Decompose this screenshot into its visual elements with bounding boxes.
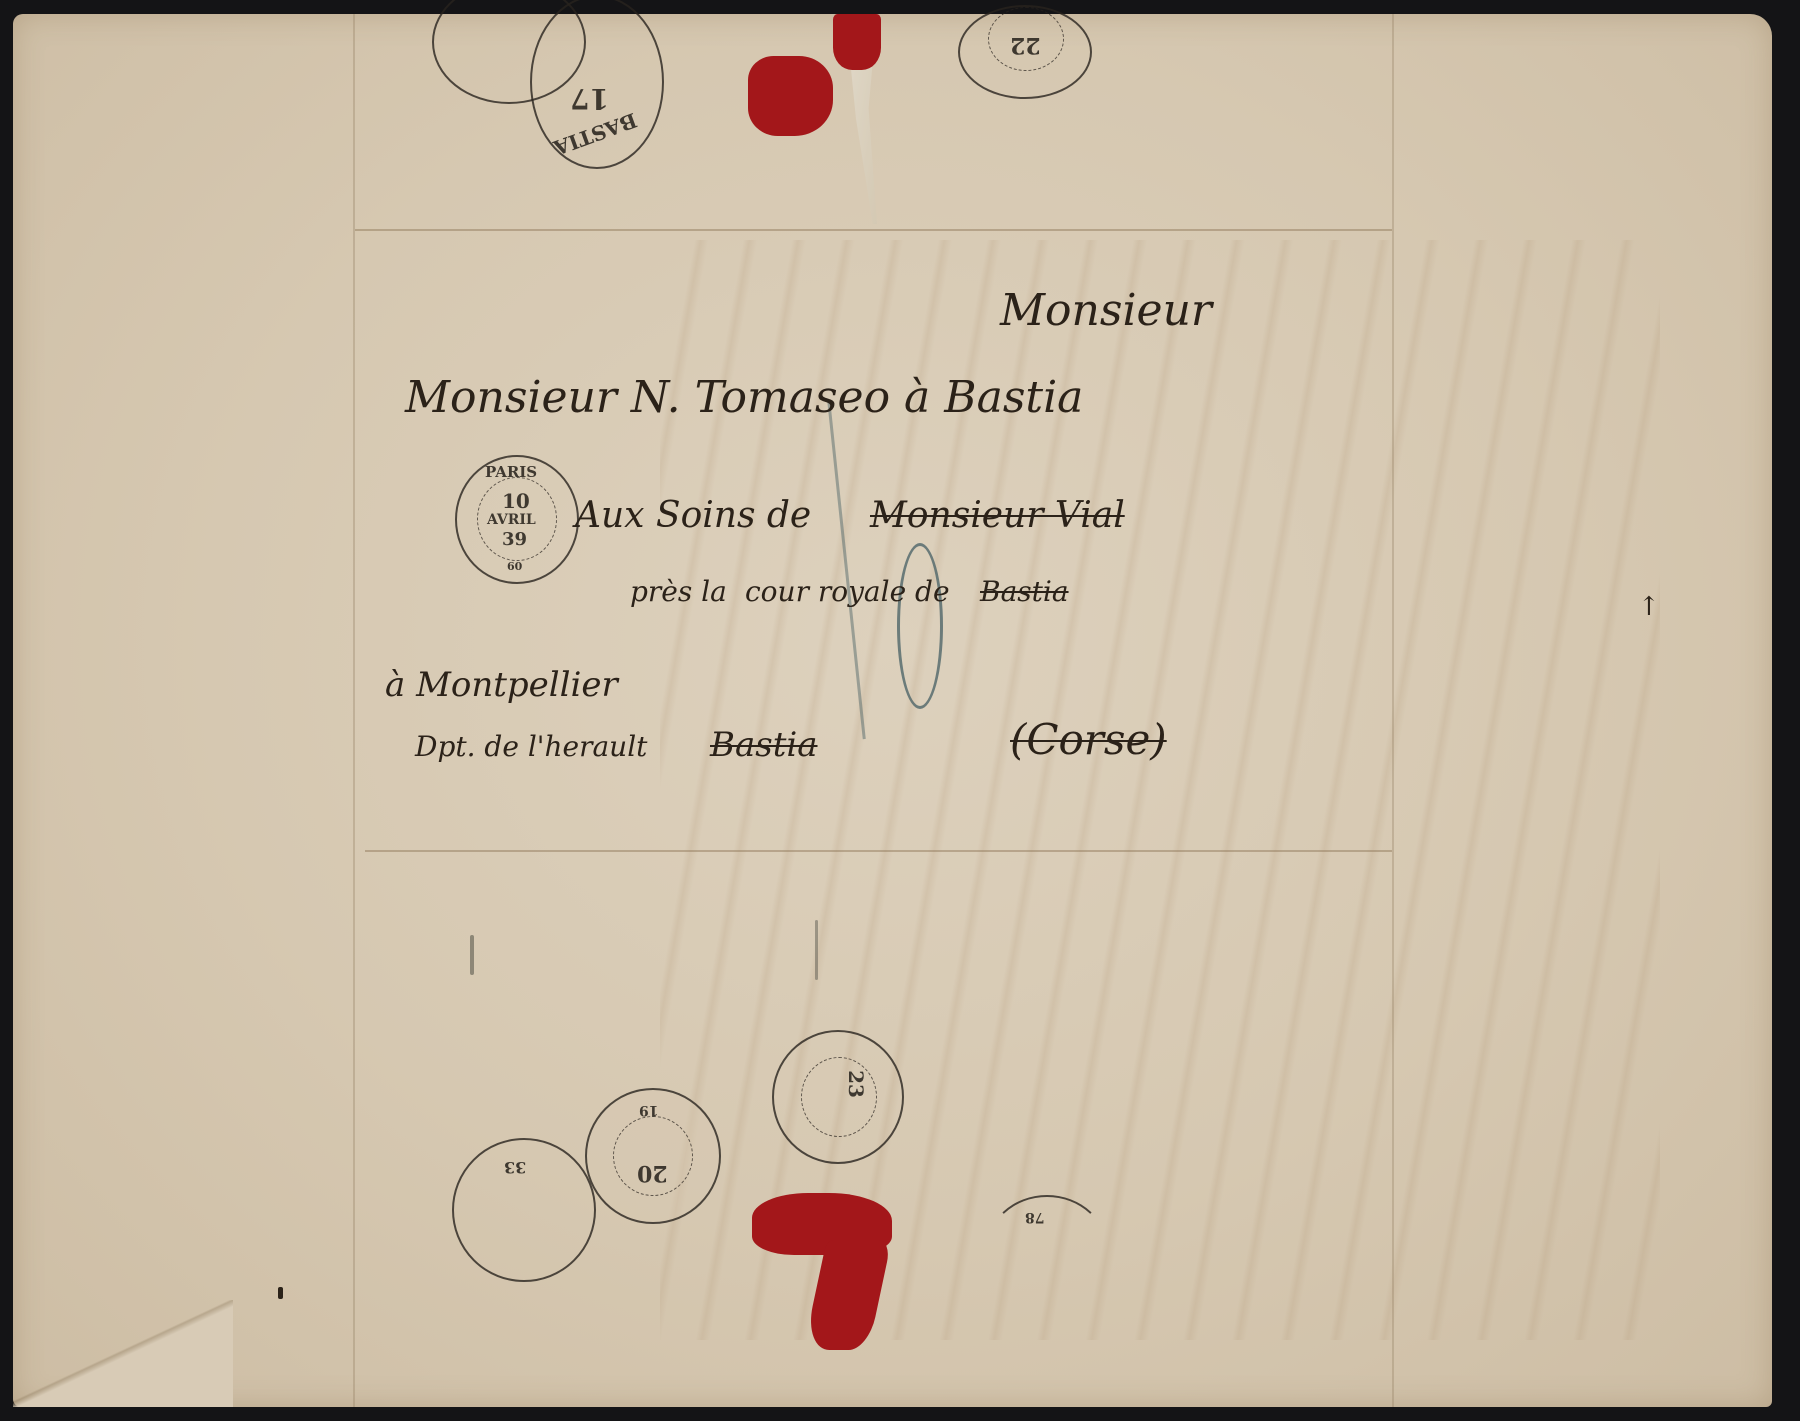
fold-line-top: [355, 229, 1392, 231]
postmark-dept: 60: [507, 560, 522, 573]
ink-speck: [815, 920, 818, 980]
postmark-marseille: 23: [772, 1030, 904, 1164]
postmark-day: 22: [1010, 32, 1041, 58]
recipient-line: Monsieur N. Tomaseo à Bastia: [405, 372, 1083, 423]
redirect-dept: Dpt. de l'herault: [415, 730, 647, 763]
postmark-dept: 19: [639, 1102, 658, 1118]
postmark-year: 39: [502, 529, 527, 550]
postmark-day: 23: [844, 1070, 868, 1098]
postmark-bottom-right: 78: [985, 1195, 1109, 1309]
ink-speck: [278, 1287, 283, 1299]
postmark-day: 10: [502, 489, 530, 513]
ink-speck: [470, 935, 474, 975]
postmark-town: PARIS: [485, 463, 537, 481]
struck-region: (Corse): [1010, 715, 1167, 764]
care-of-label: Aux Soins de: [575, 495, 811, 536]
blue-rate-zero: [897, 543, 943, 709]
postmark-day: 17: [570, 82, 609, 115]
postmark-bottom-left: 33: [452, 1138, 596, 1282]
postmark-town: BASTIA: [551, 108, 641, 160]
folded-corner: [13, 1300, 233, 1407]
court-prefix: près la: [630, 575, 727, 608]
wax-seal-top-right: [833, 14, 881, 70]
court-struck: Bastia: [980, 575, 1069, 608]
struck-city: Bastia: [710, 725, 818, 765]
court-line: cour royale de: [745, 575, 950, 608]
postmark-paris: PARIS 10 AVRIL 39 60: [455, 455, 579, 584]
postmark-dept: 33: [504, 1158, 526, 1177]
margin-mark: ↑: [1638, 592, 1660, 622]
wax-seal-top-left: [748, 56, 833, 136]
fold-line-bottom: [365, 850, 1392, 852]
care-of-struck: Monsieur Vial: [870, 495, 1125, 536]
postmark-toulon: 22: [958, 5, 1092, 99]
postmark-dept: 78: [1025, 1209, 1044, 1225]
fold-line-right: [1392, 14, 1394, 1407]
salutation: Monsieur: [1000, 285, 1212, 336]
postmark-bastia-17: 17 BASTIA: [530, 0, 664, 169]
postmark-bastia-20: 20 19: [585, 1088, 721, 1224]
postmark-day: 20: [637, 1160, 668, 1186]
redirect-city: à Montpellier: [385, 665, 618, 705]
fold-line-left: [353, 14, 355, 1407]
postmark-month: AVRIL: [487, 512, 536, 528]
